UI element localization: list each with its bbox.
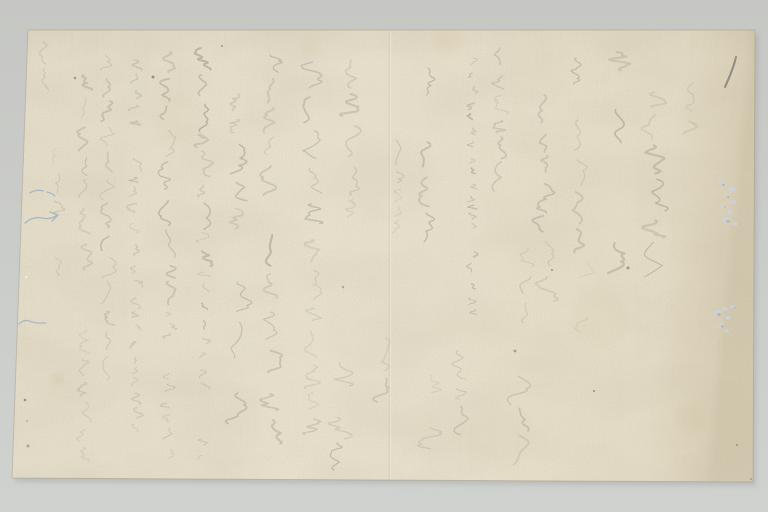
foxing-speck xyxy=(750,478,752,480)
foxing-speck xyxy=(26,420,28,422)
stain xyxy=(156,94,204,142)
foxing-speck xyxy=(27,445,30,448)
pinhole xyxy=(25,276,27,278)
silver-fleck xyxy=(732,222,738,226)
silver-fleck xyxy=(725,329,729,332)
silver-fleck xyxy=(730,200,736,204)
stain xyxy=(570,290,630,350)
stain xyxy=(300,36,320,56)
silver-fleck xyxy=(728,187,736,192)
silver-fleck-edge xyxy=(733,307,736,309)
foxing-speck xyxy=(627,267,630,270)
foxing-speck xyxy=(74,77,77,80)
stain xyxy=(51,373,63,385)
silver-fleck-edge xyxy=(721,325,724,328)
paper-shading-overlay xyxy=(0,0,768,512)
paper-surface-group xyxy=(0,0,768,512)
foxing-speck xyxy=(24,399,27,402)
foxing-speck xyxy=(736,444,738,446)
silver-fleck-edge xyxy=(726,220,730,223)
silver-fleck-edge xyxy=(722,184,725,186)
silver-fleck xyxy=(722,307,728,311)
silver-fleck-edge xyxy=(724,206,726,208)
foxing-speck xyxy=(593,390,595,392)
foxing-speck xyxy=(342,286,345,289)
silver-fleck xyxy=(725,316,730,320)
silver-fleck xyxy=(727,209,732,215)
fold-crease xyxy=(389,31,391,481)
silver-fleck-edge xyxy=(717,313,721,316)
foxing-speck xyxy=(221,45,223,47)
silver-fleck-edge xyxy=(727,196,730,198)
stain xyxy=(676,406,704,434)
manuscript-scene xyxy=(0,0,768,512)
foxing-speck xyxy=(152,76,155,79)
foxing-speck xyxy=(551,269,553,271)
foxing-speck xyxy=(514,350,517,353)
manuscript-photograph xyxy=(0,0,768,512)
